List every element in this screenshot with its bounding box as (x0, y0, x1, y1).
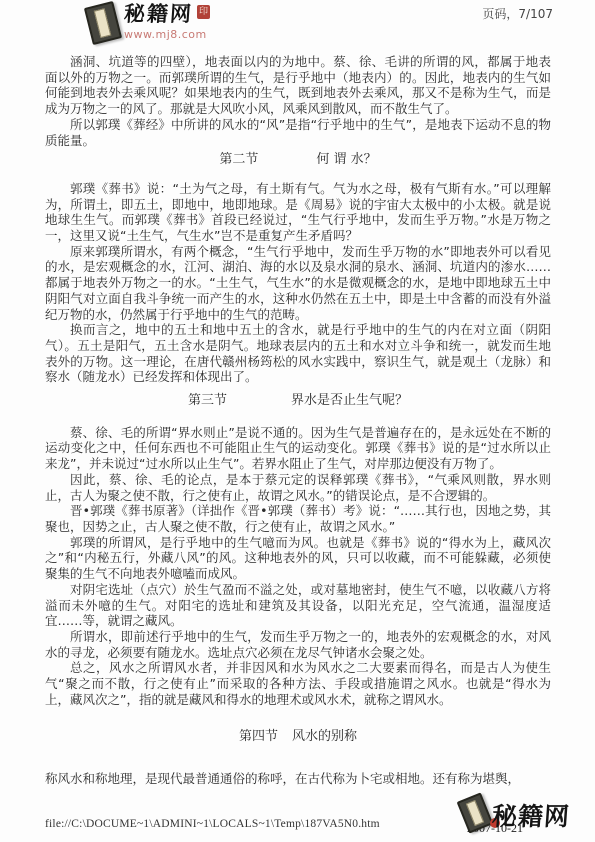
paragraph: 对阴宅选址（点穴）於生气盈而不溢之处，或对墓地密封，使生气不噫，以收藏八方将溢而… (45, 582, 551, 629)
site-logo-footer: 秘籍网 (462, 796, 570, 830)
paragraph: 原来郭璞所谓水，有两个概念，“生气行乎地中，发而生乎万物的水”即地表外可以看见的… (45, 244, 551, 323)
paragraph: 因此，蔡、徐、毛的论点，是本于蔡元定的误释郭璞《葬书》，“气乘风则散，界水则止，… (45, 472, 551, 503)
section-title: 界水是否止生气呢？ (291, 393, 408, 409)
paragraph: 总之，风水之所谓风水者，并非因风和水为风水之二大要素而得名，而是古人为使生气“聚… (45, 660, 551, 707)
file-path-label: file://C:\DOCUME~1\ADMINI~1\LOCALS~1\Tem… (45, 818, 380, 830)
paragraph: 郭璞《葬书》说：“土为气之母，有土斯有气。气为水之母，极有气斯有水。”可以理解为… (45, 181, 551, 244)
section-heading-4: 第四节 风水的别称 (45, 729, 551, 745)
section-number: 第三节 (188, 393, 227, 409)
paragraph: 称风水和称地理，是现代最普通通俗的称呼，在古代称为卜宅或相地。还有称为堪舆， (45, 771, 551, 787)
section-number: 第二节 (219, 152, 258, 168)
logo-text: 秘籍网 印 www.mj8.com (124, 4, 210, 41)
paragraph: 蔡、徐、毛的所谓“界水则止”是说不通的。因为生气是普遍存在的，是永远处在不断的运… (45, 425, 551, 472)
section-title: 何 谓 水？ (316, 152, 376, 168)
section-heading-3: 第三节 界水是否止生气呢？ (45, 393, 551, 409)
paragraph: 所以郭璞《葬经》中所讲的风水的“风”是指“行乎地中的生气”，是地表下运动不息的物… (45, 117, 551, 148)
site-url: www.mj8.com (124, 28, 210, 41)
book-icon (84, 1, 122, 45)
document-body: 涵洞、坑道等的四壁），地表面以内的为地中。蔡、徐、毛讲的所谓的风，都属于地表面以… (45, 54, 551, 787)
site-logo: 秘籍网 印 www.mj8.com (88, 4, 210, 42)
paragraph: 涵洞、坑道等的四壁），地表面以内的为地中。蔡、徐、毛讲的所谓的风，都属于地表面以… (45, 54, 551, 117)
book-icon (457, 792, 494, 833)
section-number: 第四节 (239, 729, 278, 745)
site-name: 秘籍网 (491, 804, 571, 829)
section-heading-2: 第二节 何 谓 水？ (45, 152, 551, 168)
page-number-label: 页码，7/107 (482, 5, 553, 22)
section-title: 风水的别称 (292, 729, 357, 745)
paragraph: 晋•郭璞《葬书原著》（详拙作《晋•郭璞（葬书）考》说：“……其行也，因地之势，其… (45, 503, 551, 534)
paragraph: 所谓水，即前述行乎地中的生气，发而生乎万物之一的，地表外的宏观概念的水，对风水的… (45, 629, 551, 660)
seal-icon: 印 (197, 5, 210, 19)
paragraph: 换而言之，地中的五土和地中五土的含水，就是行乎地中的生气的内在对立面（阴阳气）。… (45, 322, 551, 385)
paragraph: 郭璞的所谓风，是行乎地中的生气噫而为风。也就是《葬书》说的“得水为上，藏风次之”… (45, 535, 551, 582)
site-name: 秘籍网 (123, 4, 193, 25)
